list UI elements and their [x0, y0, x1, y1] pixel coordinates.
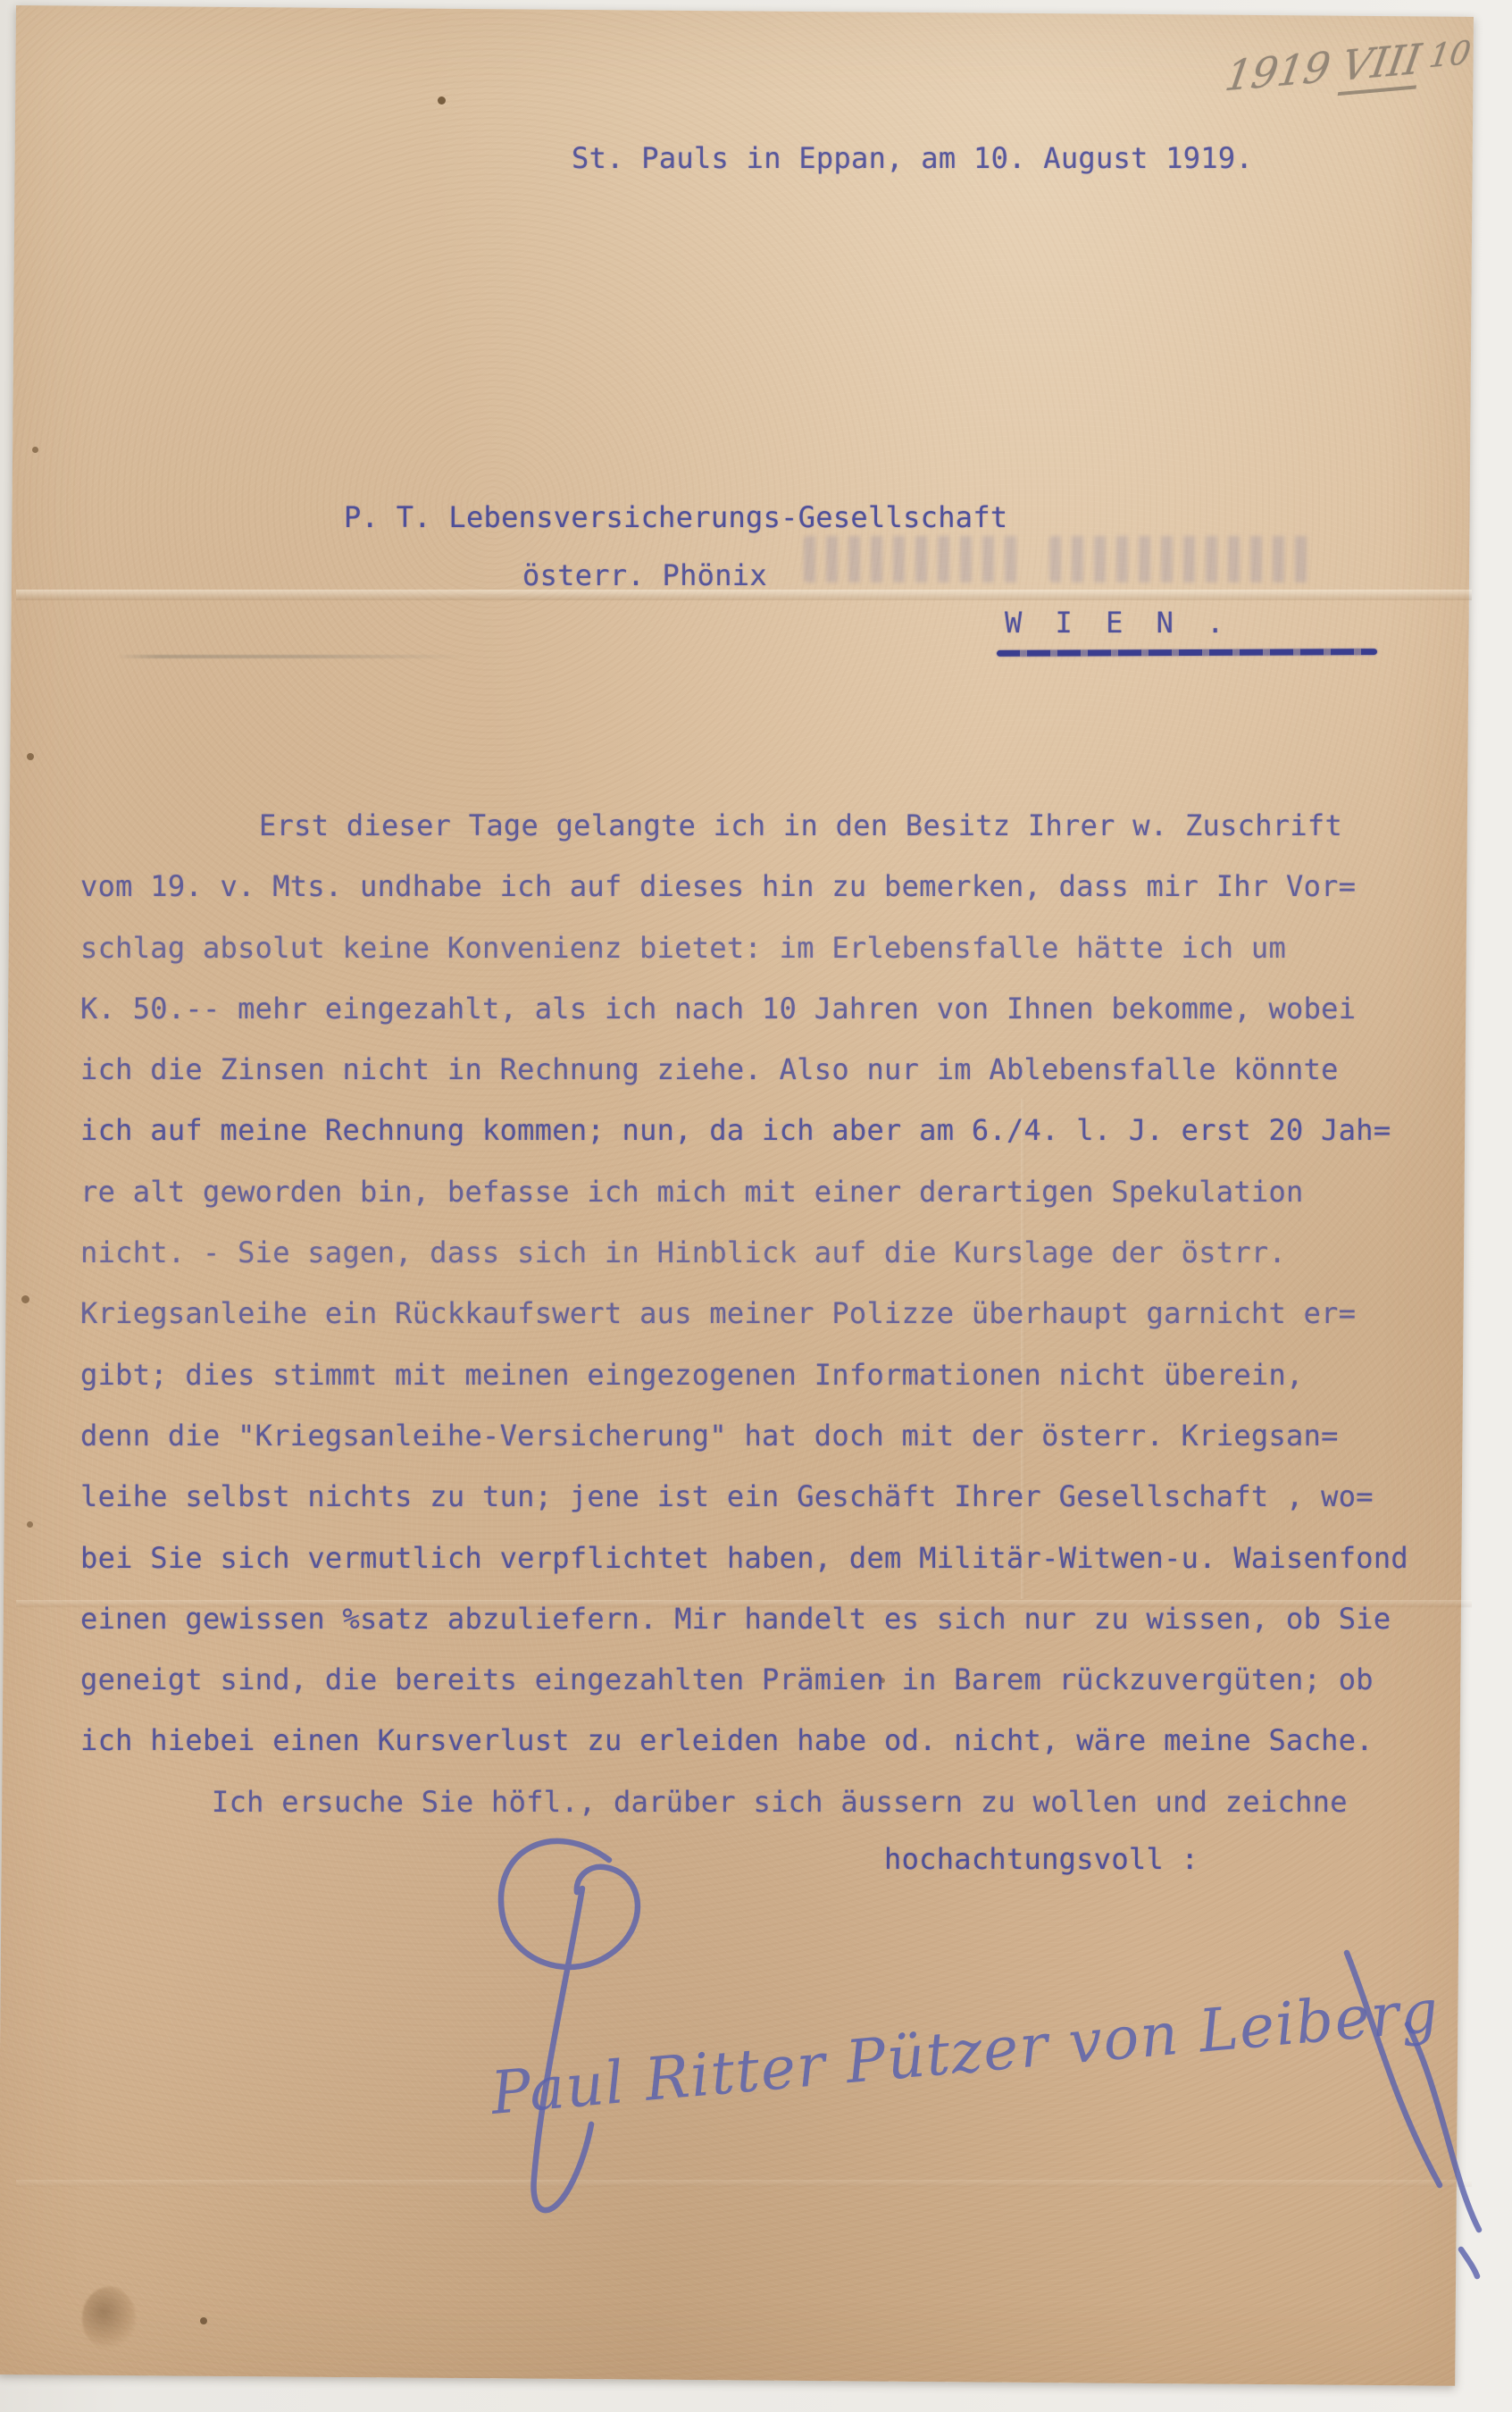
recipient-company: P. T. Lebensversicherungs-Gesellschaft	[344, 500, 1008, 534]
body-line: vom 19. v. Mts. undhabe ich auf dieses h…	[80, 869, 1447, 930]
body-line: gibt; dies stimmt mit meinen eingezogene…	[80, 1358, 1447, 1419]
archival-note-month: VIII	[1338, 34, 1424, 96]
corner-damage	[82, 2287, 136, 2349]
archival-note-year: 1919	[1222, 42, 1333, 100]
body-line: denn die "Kriegsanleihe-Versicherung" ha…	[80, 1419, 1447, 1479]
body-line: ich die Zinsen nicht in Rechnung ziehe. …	[80, 1052, 1447, 1113]
body-line: K. 50.-- mehr eingezahlt, als ich nach 1…	[80, 992, 1447, 1052]
body-line: schlag absolut keine Konvenienz bietet: …	[80, 931, 1447, 992]
archival-note-day: 10	[1426, 35, 1473, 76]
body-line: einen gewissen %satz abzuliefern. Mir ha…	[80, 1602, 1447, 1662]
recipient-company-line2: österr. Phönix	[522, 558, 767, 592]
body-line: Kriegsanleihe ein Rückkaufswert aus mein…	[80, 1296, 1447, 1357]
dateline: St. Pauls in Eppan, am 10. August 1919.	[572, 141, 1253, 175]
body-line: Erst dieser Tage gelangte ich in den Bes…	[80, 808, 1447, 869]
signature-block: Paul Ritter Pützer von Leiberg	[384, 1803, 1509, 2357]
signature-name: Paul Ritter Pützer von Leiberg	[488, 1976, 1442, 2128]
letter-body: Erst dieser Tage gelangte ich in den Bes…	[80, 808, 1447, 1846]
recipient-city: W I E N .	[1005, 606, 1232, 640]
body-line: geneigt sind, die bereits eingezahlten P…	[80, 1662, 1447, 1723]
body-line: ich hiebei einen Kursverlust zu erleiden…	[80, 1723, 1447, 1784]
faded-rule	[116, 655, 469, 658]
body-line: ich auf meine Rechnung kommen; nun, da i…	[80, 1113, 1447, 1174]
letter-photo: 1919VIII10 St. Pauls in Eppan, am 10. Au…	[0, 0, 1512, 2412]
body-line: re alt geworden bin, befasse ich mich mi…	[80, 1175, 1447, 1235]
body-line: leihe selbst nichts zu tun; jene ist ein…	[80, 1479, 1447, 1540]
body-line: bei Sie sich vermutlich verpflichtet hab…	[80, 1541, 1447, 1602]
signature-art: Paul Ritter Pützer von Leiberg	[384, 1803, 1509, 2357]
body-line: nicht. - Sie sagen, dass sich in Hinblic…	[80, 1235, 1447, 1296]
